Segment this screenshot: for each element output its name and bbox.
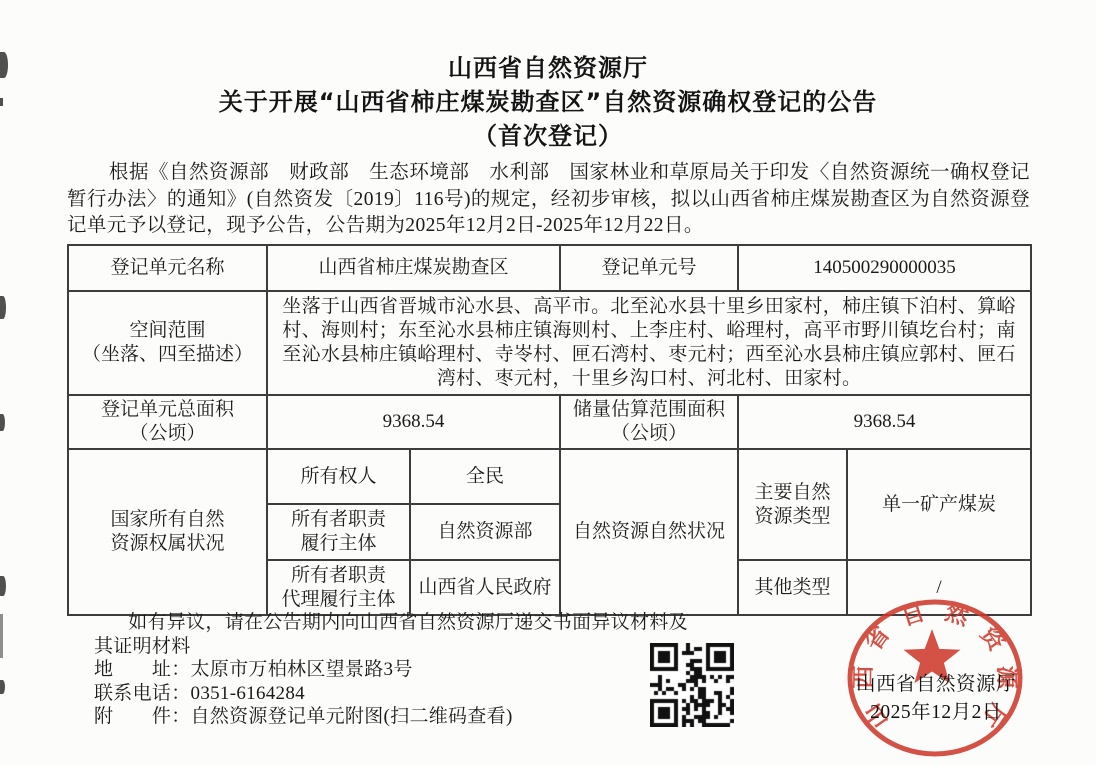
- owner-value-cell: 全民: [410, 449, 560, 504]
- owner-label-cell: 所有权人: [267, 449, 410, 504]
- attachment-label: 附 件：: [94, 706, 191, 727]
- agent-value-cell: 山西省人民政府: [410, 560, 560, 615]
- footer-block: 如有异议，请在公告期内向山西省自然资源厅递交书面异议材料及其证明材料 地 址：太…: [94, 611, 694, 729]
- objection-note: 如有异议，请在公告期内向山西省自然资源厅递交书面异议材料及其证明材料: [94, 611, 694, 658]
- scan-artifact: [0, 576, 6, 596]
- unit-name-label-cell: 登记单元名称: [68, 245, 267, 291]
- page-title: 山西省自然资源厅: [0, 48, 1096, 83]
- phone-value: 0351-6164284: [191, 683, 305, 704]
- scope-label-cell: 空间范围 （坐落、四至描述）: [68, 291, 267, 395]
- reserve-area-label-line1: 储量估算范围面积: [573, 399, 725, 420]
- duty-value-cell: 自然资源部: [410, 504, 560, 560]
- ownership-label-line1: 国家所有自然: [110, 509, 224, 530]
- scope-label-line1: 空间范围: [129, 320, 205, 341]
- ownership-status-label-cell: 国家所有自然 资源权属状况: [68, 449, 267, 615]
- page-subtitle: 关于开展“山西省柿庄煤炭勘查区”自然资源确权登记的公告: [0, 82, 1096, 117]
- scan-artifact: [0, 296, 6, 319]
- reserve-area-value-cell: 9368.54: [738, 395, 1031, 449]
- scan-artifact: [0, 680, 5, 694]
- phone-label: 联系电话：: [94, 683, 191, 704]
- unit-number-label-cell: 登记单元号: [560, 245, 738, 291]
- registration-table: 登记单元名称 山西省柿庄煤炭勘查区 登记单元号 140500290000035 …: [67, 244, 1032, 616]
- ownership-label-line2: 资源权属状况: [110, 533, 224, 554]
- scan-artifact: [0, 614, 3, 658]
- nature-status-label-cell: 自然资源自然状况: [560, 449, 738, 615]
- issue-date: 2025年12月2日: [838, 696, 1034, 724]
- main-type-label-line2: 资源类型: [755, 506, 831, 527]
- seal-arc-char: 省: [861, 622, 895, 655]
- address-value: 太原市万柏林区望景路3号: [191, 659, 413, 680]
- scope-value-cell: 坐落于山西省晋城市沁水县、高平市。北至沁水县十里乡田家村，柿庄镇下泊村、算峪村、…: [267, 291, 1031, 395]
- scan-artifact: [0, 98, 3, 106]
- agent-label-line1: 所有者职责: [291, 565, 386, 586]
- issuer-signature: 山西省自然资源厅: [838, 668, 1034, 696]
- unit-number-value-cell: 140500290000035: [738, 245, 1031, 291]
- main-type-label-line1: 主要自然: [755, 482, 831, 503]
- duty-label-cell: 所有者职责 履行主体: [267, 504, 410, 560]
- reserve-area-label-cell: 储量估算范围面积 （公顷）: [560, 395, 738, 449]
- phone-line: 联系电话：0351-6164284: [94, 682, 694, 706]
- attachment-line: 附 件：自然资源登记单元附图(扫二维码查看): [94, 705, 694, 729]
- attachment-value: 自然资源登记单元附图(扫二维码查看): [191, 706, 513, 727]
- duty-label-line2: 履行主体: [300, 533, 376, 554]
- intro-paragraph: 根据《自然资源部 财政部 生态环境部 水利部 国家林业和草原局关于印发〈自然资源…: [67, 160, 1030, 240]
- registration-type-title: （首次登记）: [0, 116, 1096, 151]
- agent-label-cell: 所有者职责 代理履行主体: [267, 560, 410, 615]
- total-area-label-line1: 登记单元总面积: [101, 399, 234, 420]
- seal-arc-char: 资: [976, 621, 1011, 656]
- other-type-label-cell: 其他类型: [738, 560, 847, 615]
- address-label: 地 址：: [94, 659, 191, 680]
- qr-code: [650, 643, 734, 727]
- scope-label-line2: （坐落、四至描述）: [82, 344, 253, 365]
- main-type-label-cell: 主要自然 资源类型: [738, 449, 847, 560]
- total-area-value-cell: 9368.54: [267, 395, 560, 449]
- total-area-label-line2: （公顷）: [129, 423, 205, 444]
- total-area-label-cell: 登记单元总面积 （公顷）: [68, 395, 267, 449]
- scan-artifact: [0, 414, 5, 431]
- main-type-value-cell: 单一矿产煤炭: [847, 449, 1031, 560]
- unit-name-value-cell: 山西省柿庄煤炭勘查区: [267, 245, 560, 291]
- reserve-area-label-line2: （公顷）: [611, 423, 687, 444]
- scan-artifact: [0, 52, 8, 78]
- announcement-page: 山西省自然资源厅 关于开展“山西省柿庄煤炭勘查区”自然资源确权登记的公告 （首次…: [0, 0, 1096, 766]
- address-line: 地 址：太原市万柏林区望景路3号: [94, 658, 694, 682]
- agent-label-line2: 代理履行主体: [281, 589, 395, 610]
- duty-label-line1: 所有者职责: [291, 509, 386, 530]
